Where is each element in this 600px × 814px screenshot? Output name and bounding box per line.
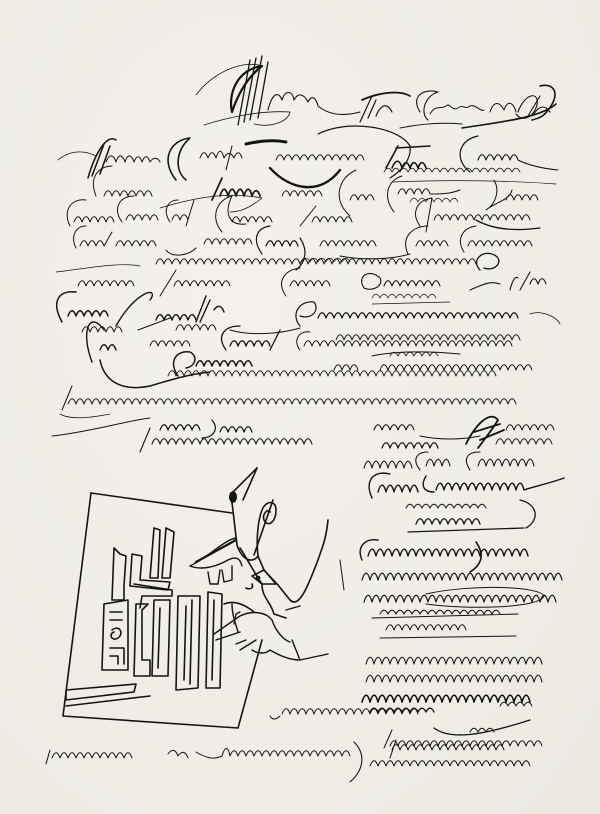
figure-drawing — [63, 468, 328, 728]
figure-head — [231, 468, 276, 560]
figure-eye — [230, 492, 236, 502]
paper-top-edge — [91, 493, 232, 513]
artwork-sheet: Asemic calligraphy letter with line draw… — [0, 0, 600, 814]
heading-flourish — [196, 56, 556, 128]
calligraphy-layer — [0, 0, 600, 814]
right-column-script — [340, 452, 564, 766]
upper-paragraph-script — [52, 126, 560, 452]
